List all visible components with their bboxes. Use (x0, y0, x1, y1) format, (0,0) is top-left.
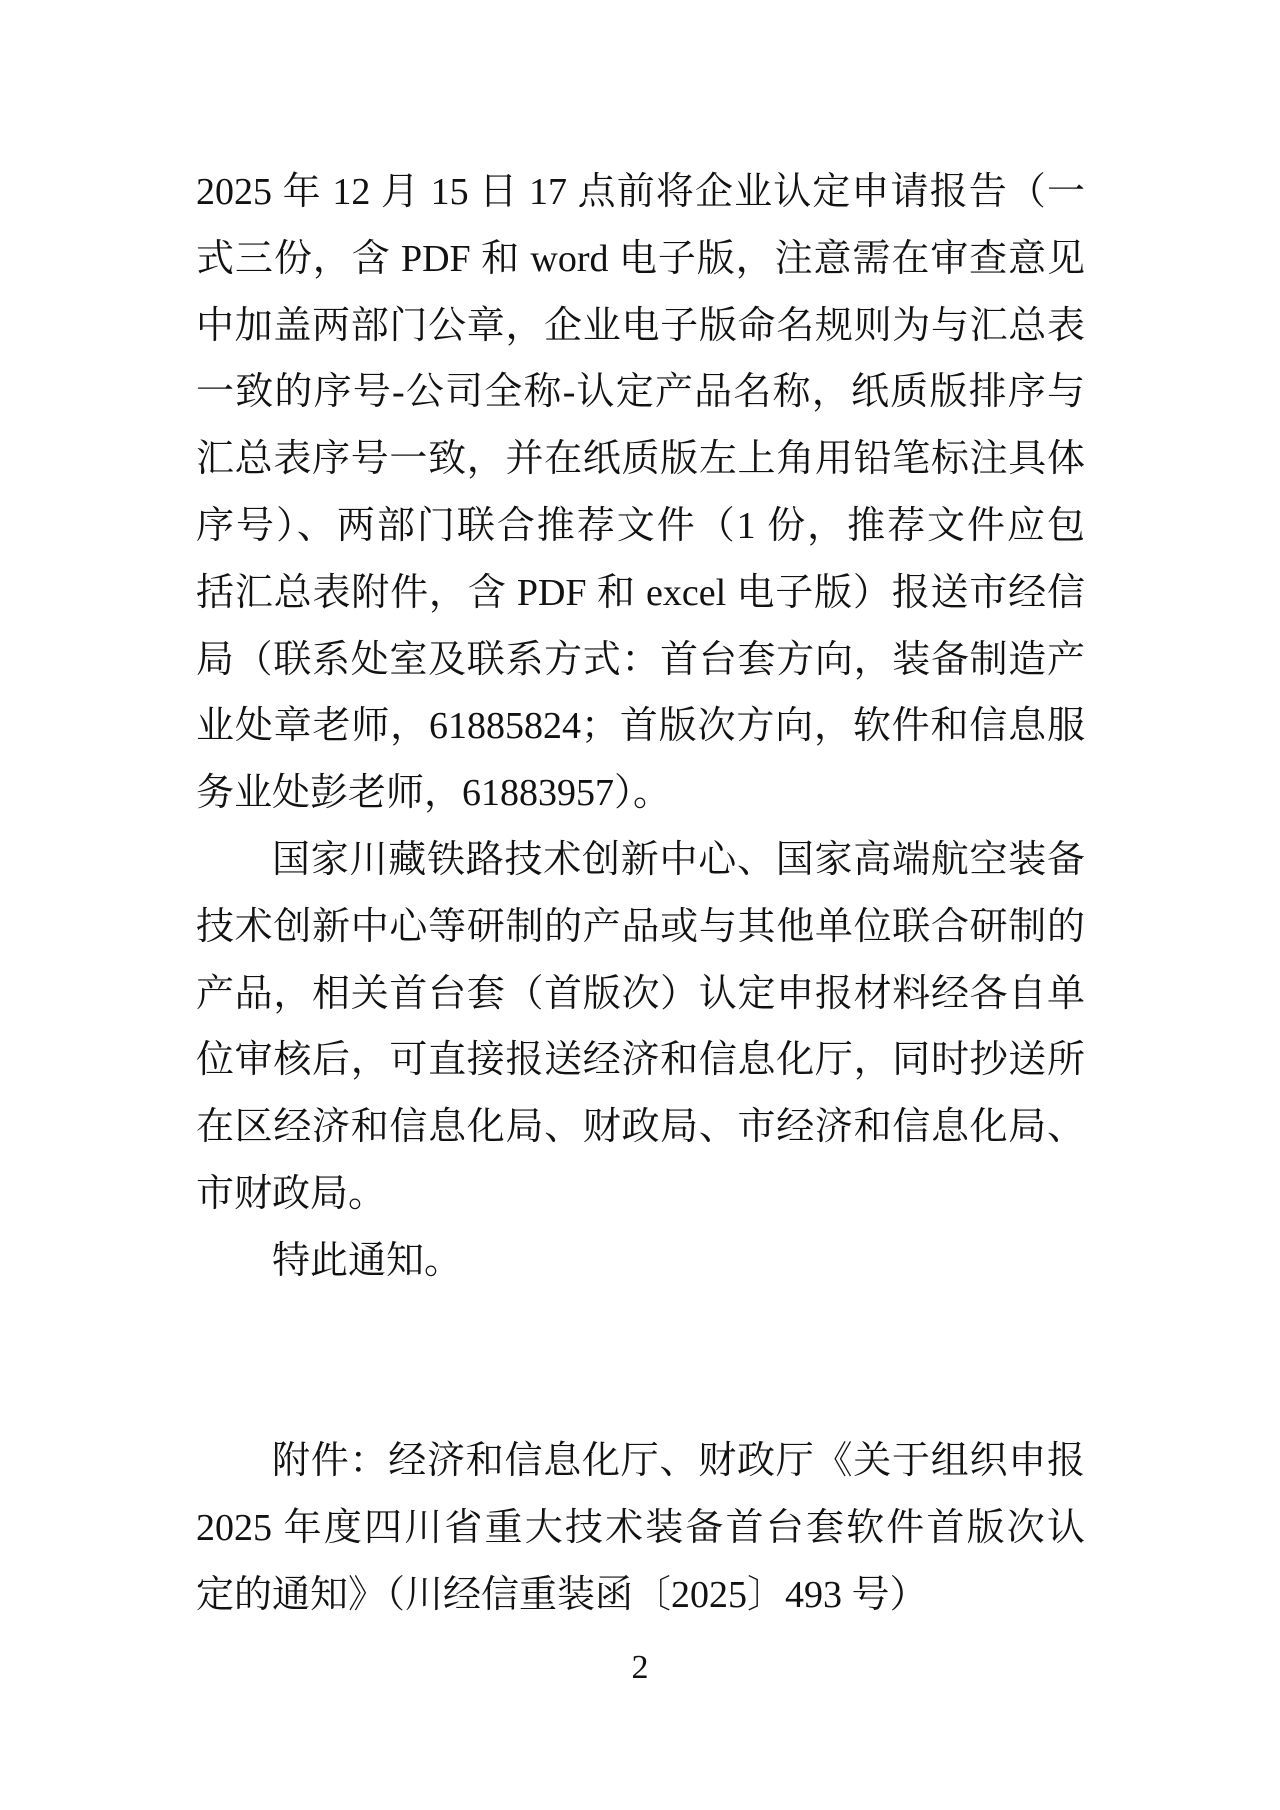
notice-body: 2025 年 12 月 15 日 17 点前将企业认定申请报告（一 式三份，含 … (196, 159, 1085, 1629)
text-line: 务业处彭老师，61883957）。 (196, 760, 1085, 827)
text-line: 国家川藏铁路技术创新中心、国家高端航空装备 (196, 827, 1085, 894)
text-line attachment-line: 附件：经济和信息化厅、财政厅《关于组织申报 (196, 1428, 1085, 1495)
document-page: 2025 年 12 月 15 日 17 点前将企业认定申请报告（一 式三份，含 … (0, 0, 1280, 1810)
text-line: 位审核后，可直接报送经济和信息化厅，同时抄送所 (196, 1027, 1085, 1094)
text-line attachment-line: 2025 年度四川省重大技术装备首台套软件首版次认 (196, 1495, 1085, 1562)
text-line: 中加盖两部门公章，企业电子版命名规则为与汇总表 (196, 293, 1085, 360)
blank-gap (196, 1295, 1085, 1429)
text-line: 括汇总表附件，含 PDF 和 excel 电子版）报送市经信 (196, 560, 1085, 627)
text-line: 在区经济和信息化局、财政局、市经济和信息化局、 (196, 1094, 1085, 1161)
text-line attachment-line: 定的通知》（川经信重装函〔2025〕493 号） (196, 1562, 1085, 1629)
text-line: 序号）、两部门联合推荐文件（1 份，推荐文件应包 (196, 493, 1085, 560)
text-line: 技术创新中心等研制的产品或与其他单位联合研制的 (196, 894, 1085, 961)
page-number: 2 (0, 1648, 1280, 1688)
text-line: 局（联系处室及联系方式：首台套方向，装备制造产 (196, 627, 1085, 694)
text-line: 业处章老师，61885824；首版次方向，软件和信息服 (196, 693, 1085, 760)
text-line: 特此通知。 (196, 1228, 1085, 1295)
text-line: 式三份，含 PDF 和 word 电子版，注意需在审查意见 (196, 226, 1085, 293)
text-line: 2025 年 12 月 15 日 17 点前将企业认定申请报告（一 (196, 159, 1085, 226)
text-line: 一致的序号-公司全称-认定产品名称，纸质版排序与 (196, 359, 1085, 426)
text-line: 市财政局。 (196, 1161, 1085, 1228)
text-line: 产品，相关首台套（首版次）认定申报材料经各自单 (196, 961, 1085, 1028)
text-line: 汇总表序号一致，并在纸质版左上角用铅笔标注具体 (196, 426, 1085, 493)
